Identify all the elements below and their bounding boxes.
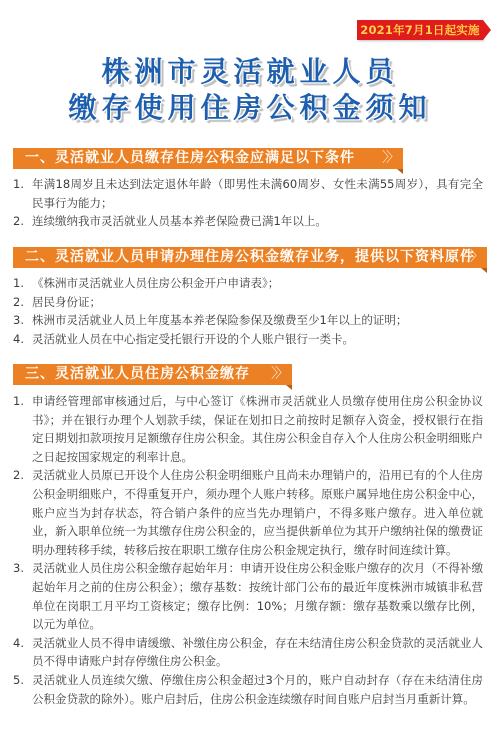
double-chevron-right-icon: 〉〉 [466, 247, 481, 268]
item-text: 灵活就业人员在中心指定受托银行开设的个人账户银行一类卡。 [32, 332, 354, 346]
item-number: 2. [13, 466, 24, 485]
section-3-heading: 三、灵活就业人员住房公积金缴存 〉〉 [13, 364, 292, 385]
item-text: 灵活就业人员连续欠缴、停缴住房公积金超过3个月的，账户自动封存（存在未结清住房公… [32, 673, 483, 706]
list-item: 1.申请经管理部审核通过后，与中心签订《株洲市灵活就业人员缴存使用住房公积金协议… [13, 392, 483, 466]
item-number: 5. [13, 671, 24, 690]
item-text: 申请经管理部审核通过后，与中心签订《株洲市灵活就业人员缴存使用住房公积金协议书》… [32, 394, 483, 464]
section-1-heading-text: 一、灵活就业人员缴存住房公积金应满足以下条件 [25, 150, 355, 166]
page-title-line-2: 缴存使用住房公积金须知 [0, 90, 500, 126]
item-number: 1. [13, 392, 24, 411]
list-item: 3.株洲市灵活就业人员上年度基本养老保险参保及缴费至少1年以上的证明； [13, 311, 483, 330]
item-number: 2. [13, 293, 24, 312]
list-item: 2.连续缴纳我市灵活就业人员基本养老保险费已满1年以上。 [13, 212, 483, 231]
section-3-heading-text: 三、灵活就业人员住房公积金缴存 [25, 366, 250, 382]
item-number: 4. [13, 330, 24, 349]
double-chevron-right-icon: 〉〉 [271, 364, 286, 385]
item-text: 灵活就业人员住房公积金缴存起始年月：申请开设住房公积金账户缴存的次月（不得补缴起… [32, 561, 483, 631]
list-item: 2.居民身份证； [13, 293, 483, 312]
list-item: 1.年满18周岁且未达到法定退休年龄（即男性未满60周岁、女性未满55周岁），具… [13, 175, 483, 212]
item-text: 灵活就业人员原已开设个人住房公积金明细账户且尚未办理销户的，沿用已有的个人住房公… [32, 468, 483, 556]
section-1-heading: 一、灵活就业人员缴存住房公积金应满足以下条件 〉〉 [13, 148, 403, 169]
list-item: 4.灵活就业人员不得申请缓缴、补缴住房公积金，存在未结清住房公积金贷款的灵活就业… [13, 634, 483, 671]
item-text: 年满18周岁且未达到法定退休年龄（即男性未满60周岁、女性未满55周岁），具有完… [32, 177, 483, 210]
item-number: 4. [13, 634, 24, 653]
item-number: 2. [13, 212, 24, 231]
section-2-heading: 二、灵活就业人员申请办理住房公积金缴存业务，提供以下资料原件 〉〉 [13, 247, 487, 268]
list-item: 5.灵活就业人员连续欠缴、停缴住房公积金超过3个月的，账户自动封存（存在未结清住… [13, 671, 483, 708]
page-title-line-1: 株洲市灵活就业人员 [0, 54, 500, 90]
list-item: 3.灵活就业人员住房公积金缴存起始年月：申请开设住房公积金账户缴存的次月（不得补… [13, 559, 483, 633]
item-number: 3. [13, 559, 24, 578]
double-chevron-right-icon: 〉〉 [382, 148, 397, 169]
item-text: 株洲市灵活就业人员上年度基本养老保险参保及缴费至少1年以上的证明； [32, 313, 407, 327]
section-2-list: 1.《株洲市灵活就业人员住房公积金开户申请表》； 2.居民身份证； 3.株洲市灵… [13, 274, 483, 348]
item-text: 灵活就业人员不得申请缓缴、补缴住房公积金，存在未结清住房公积金贷款的灵活就业人员… [32, 636, 483, 669]
section-2-heading-text: 二、灵活就业人员申请办理住房公积金缴存业务，提供以下资料原件 [25, 249, 475, 265]
item-text: 连续缴纳我市灵活就业人员基本养老保险费已满1年以上。 [32, 214, 327, 228]
item-number: 1. [13, 274, 24, 293]
list-item: 2.灵活就业人员原已开设个人住房公积金明细账户且尚未办理销户的，沿用已有的个人住… [13, 466, 483, 559]
list-item: 4.灵活就业人员在中心指定受托银行开设的个人账户银行一类卡。 [13, 330, 483, 349]
list-item: 1.《株洲市灵活就业人员住房公积金开户申请表》； [13, 274, 483, 293]
section-3-list: 1.申请经管理部审核通过后，与中心签订《株洲市灵活就业人员缴存使用住房公积金协议… [13, 392, 483, 708]
item-number: 1. [13, 175, 24, 194]
item-number: 3. [13, 311, 24, 330]
section-1-list: 1.年满18周岁且未达到法定退休年龄（即男性未满60周岁、女性未满55周岁），具… [13, 175, 483, 231]
item-text: 《株洲市灵活就业人员住房公积金开户申请表》； [32, 276, 279, 290]
effective-date-badge: 2021年7月1日起实施 [357, 20, 483, 40]
item-text: 居民身份证； [32, 295, 101, 309]
